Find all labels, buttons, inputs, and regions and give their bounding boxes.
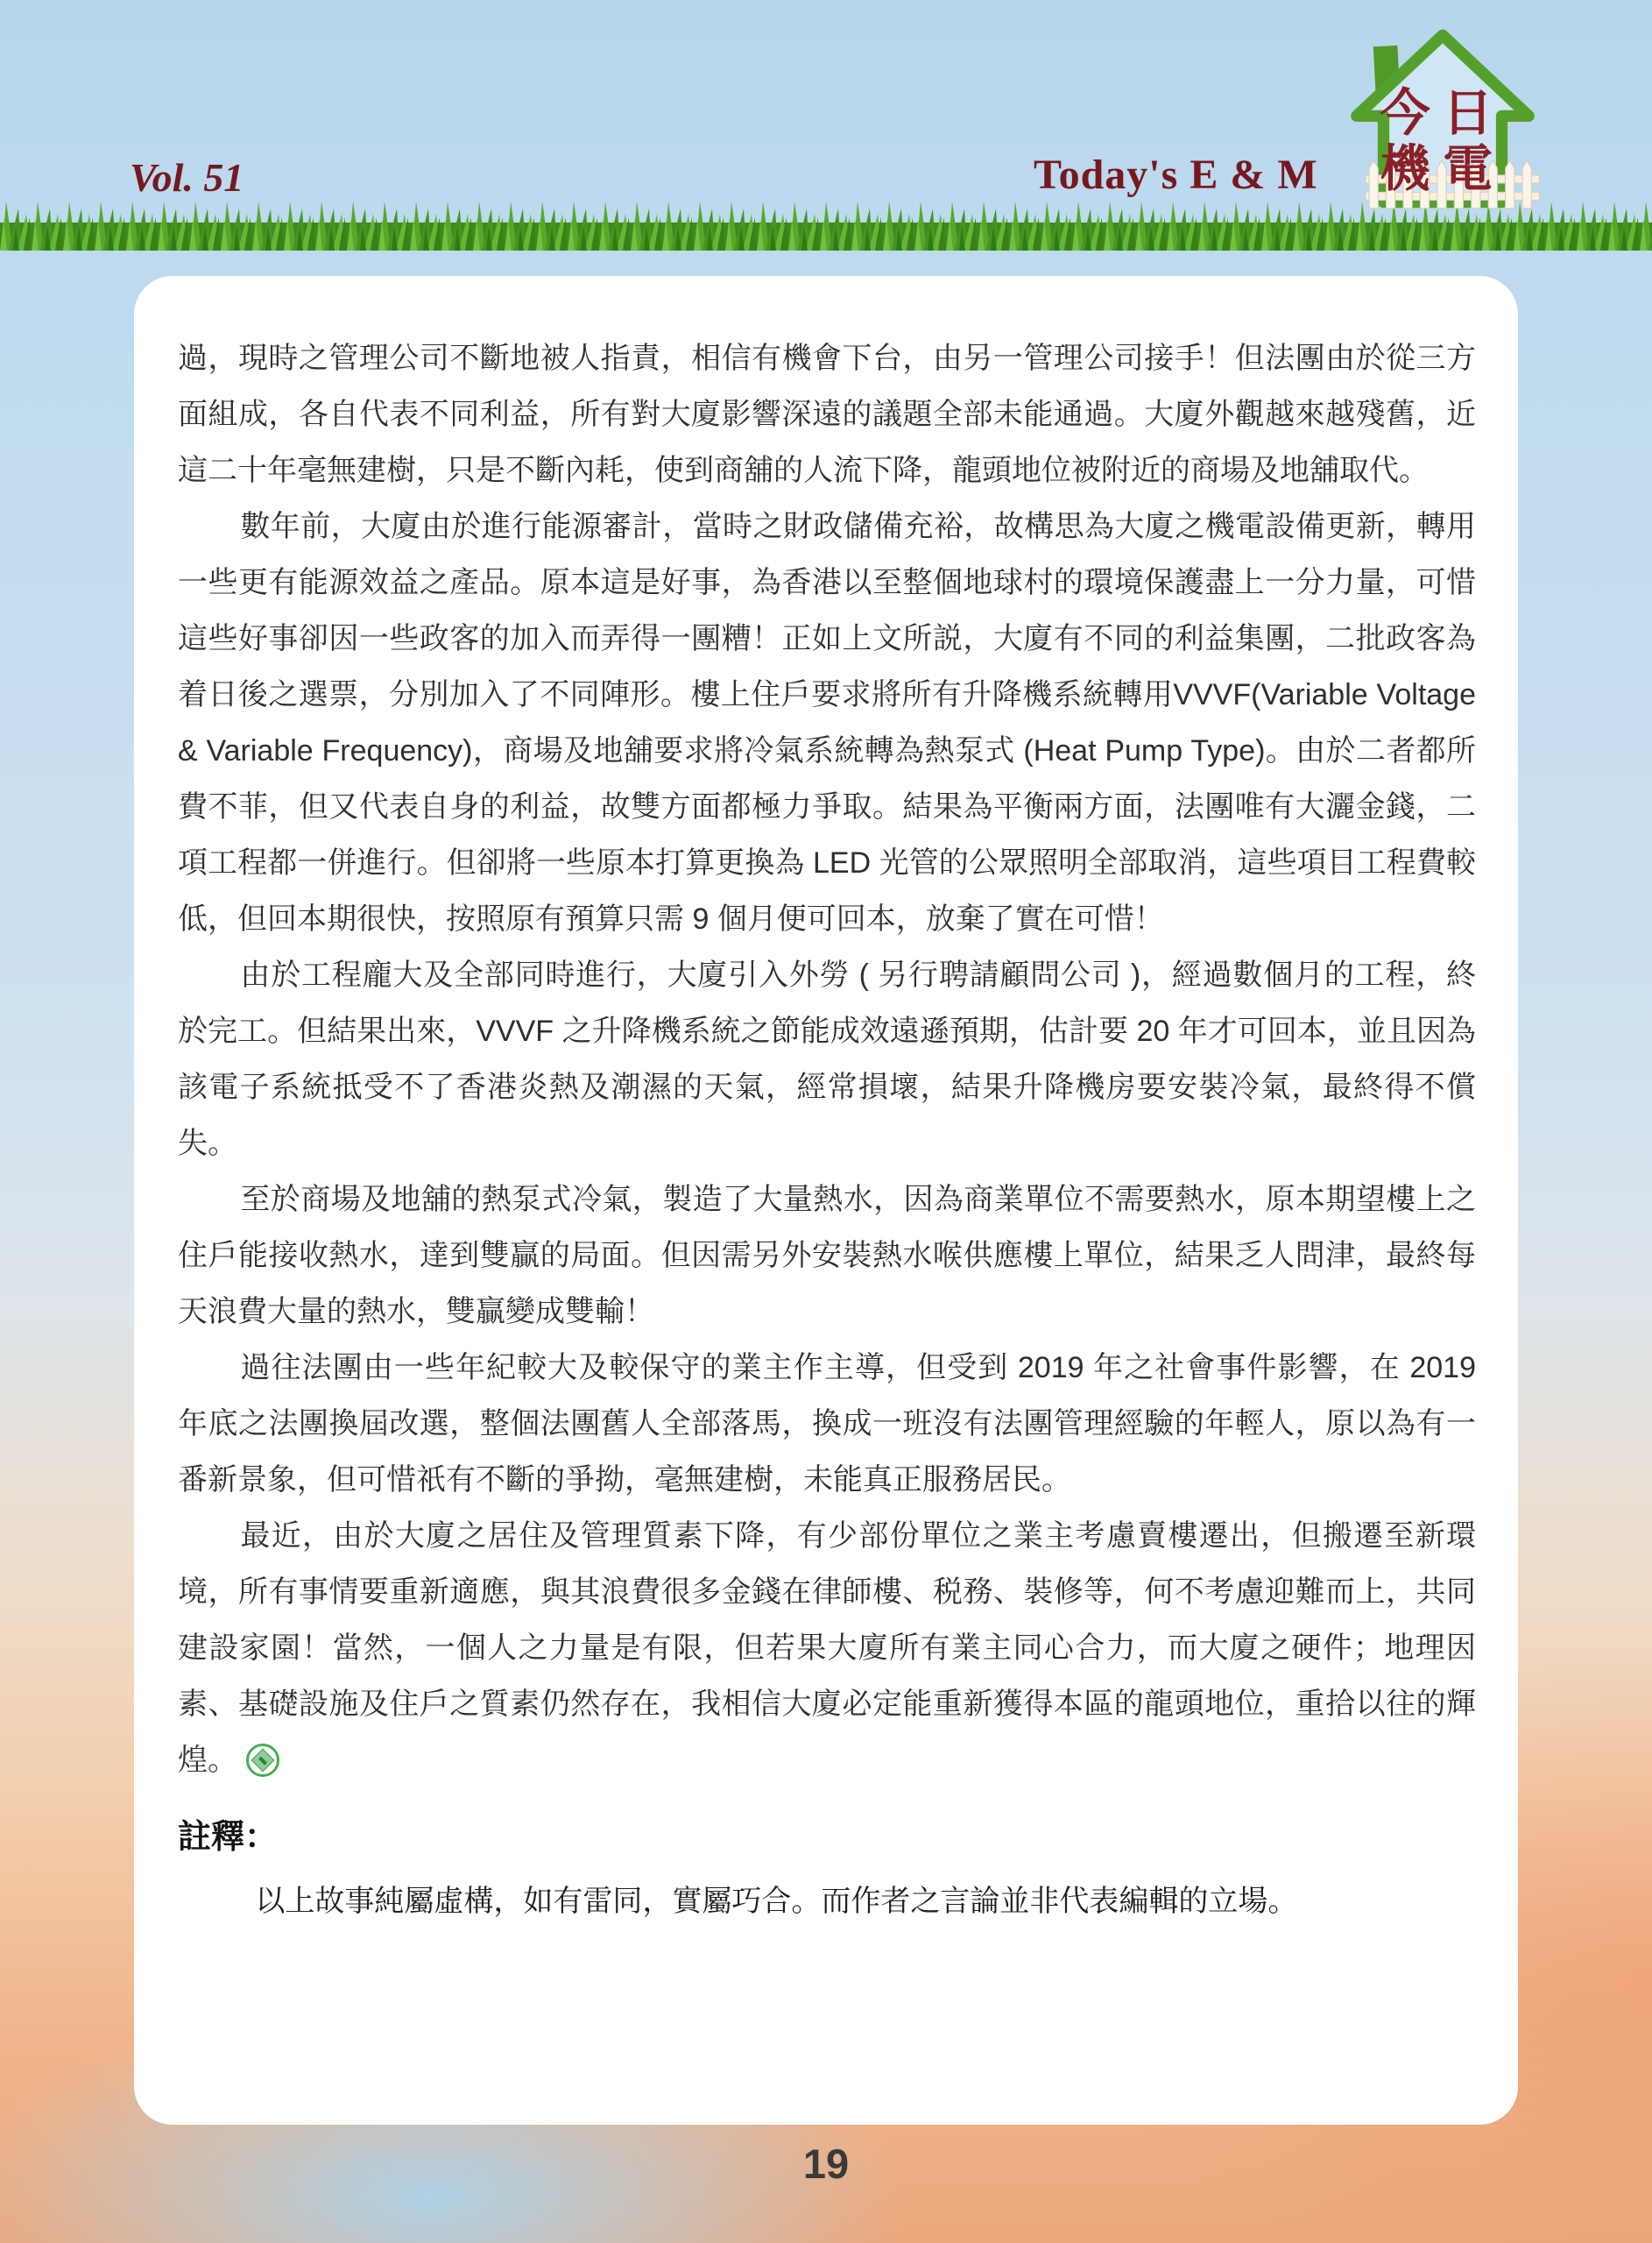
- article-paragraph: 至於商場及地舖的熱泵式冷氣，製造了大量熱水，因為商業單位不需要熱水，原本期望樓上…: [178, 1171, 1476, 1340]
- article-paragraph: 過，現時之管理公司不斷地被人指責，相信有機會下台，由另一管理公司接手！但法團由於…: [178, 330, 1476, 499]
- article-paragraph: 數年前，大廈由於進行能源審計，當時之財政儲備充裕，故構思為大廈之機電設備更新，轉…: [178, 499, 1476, 947]
- logo-text-line2: 機電: [1380, 142, 1505, 197]
- logo-grass-house: 今日 機電: [1335, 25, 1550, 219]
- seal-diamond-icon: [251, 1749, 275, 1772]
- end-of-article-icon: [246, 1744, 279, 1777]
- logo-text-line1: 今日: [1380, 87, 1505, 142]
- page-number: 19: [0, 2140, 1652, 2188]
- article-paragraph-text: 最近，由於大廈之居住及管理質素下降，有少部份單位之業主考慮賣樓遷出，但搬遷至新環…: [178, 1519, 1476, 1777]
- article-paragraph: 最近，由於大廈之居住及管理質素下降，有少部份單位之業主考慮賣樓遷出，但搬遷至新環…: [178, 1508, 1476, 1788]
- masthead-title: Today's E & M: [1034, 151, 1318, 199]
- article-paragraph: 過往法團由一些年紀較大及較保守的業主作主導，但受到 2019 年之社會事件影響，…: [178, 1340, 1476, 1508]
- article-paragraph: 由於工程龐大及全部同時進行，大廈引入外勞 ( 另行聘請顧問公司 )，經過數個月的…: [178, 947, 1476, 1171]
- note-disclaimer: 以上故事純屬虛構，如有雷同，實屬巧合。而作者之言論並非代表編輯的立場。: [178, 1876, 1476, 1928]
- note-heading: 註釋：: [178, 1811, 1476, 1864]
- magazine-page: Vol. 51 Today's E & M: [0, 0, 1652, 2243]
- article-card: 過，現時之管理公司不斷地被人指責，相信有機會下台，由另一管理公司接手！但法團由於…: [134, 276, 1518, 2125]
